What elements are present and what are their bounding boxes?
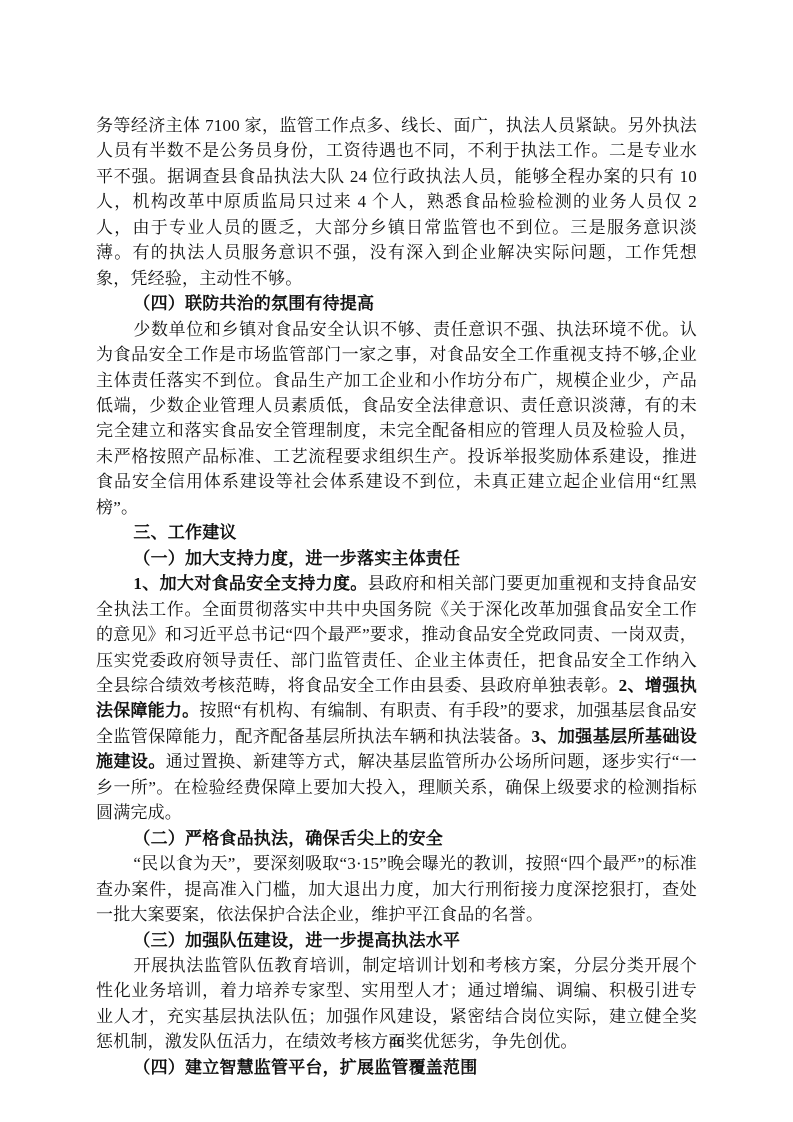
paragraph-suggestion-2: “民以食为天”，要深刻吸取“3·15”晚会曝光的教训，按照“四个最严”的标准查办…	[96, 851, 697, 927]
paragraph-joint-governance: 少数单位和乡镇对食品安全认识不够、责任意识不强、执法环境不优。认为食品安全工作是…	[96, 317, 697, 521]
bold-text-run: 1、加大对食品安全支持力度。	[133, 574, 367, 593]
bold-text-run: （一）加大支持力度，进一步落实主体责任	[133, 549, 460, 568]
bold-text-run: （二）严格食品执法，确保舌尖上的安全	[133, 829, 443, 848]
bold-text-run: （四）建立智慧监管平台，扩展监管覆盖范围	[133, 1058, 477, 1077]
document-body: 务等经济主体 7100 家，监管工作点多、线长、面广，执法人员紧缺。另外执法人员…	[96, 113, 697, 1080]
document-page: 务等经济主体 7100 家，监管工作点多、线长、面广，执法人员紧缺。另外执法人员…	[0, 0, 793, 1122]
heading-suggestion-1: （一）加大支持力度，进一步落实主体责任	[96, 546, 697, 571]
bold-text-run: （三）加强队伍建设，进一步提高执法水平	[133, 931, 460, 950]
text-run: 务等经济主体 7100 家，监管工作点多、线长、面广，执法人员紧缺。另外执法人员…	[96, 116, 697, 288]
bold-text-run: （四）联防共治的氛围有待提高	[133, 294, 374, 313]
heading-chapter-3: 三、工作建议	[96, 520, 697, 545]
paragraph-suggestion-1: 1、加大对食品安全支持力度。县政府和相关部门要更加重视和支持食品安全执法工作。全…	[96, 571, 697, 826]
heading-section-4-problems: （四）联防共治的氛围有待提高	[96, 291, 697, 316]
text-run: 少数单位和乡镇对食品安全认识不够、责任意识不强、执法环境不优。认为食品安全工作是…	[96, 320, 697, 517]
page-number: 46	[389, 1034, 403, 1049]
bold-text-run: 三、工作建议	[133, 523, 236, 542]
paragraph-continuation: 务等经济主体 7100 家，监管工作点多、线长、面广，执法人员紧缺。另外执法人员…	[96, 113, 697, 291]
text-run: “民以食为天”，要深刻吸取“3·15”晚会曝光的教训，按照“四个最严”的标准查办…	[96, 854, 697, 924]
text-run: 通过置换、新建等方式，解决基层监管所办公场所问题，逐步实行“一乡一所”。在检验经…	[96, 752, 697, 822]
page-footer: 46	[0, 1034, 793, 1049]
heading-suggestion-4: （四）建立智慧监管平台，扩展监管覆盖范围	[96, 1055, 697, 1080]
heading-suggestion-3: （三）加强队伍建设，进一步提高执法水平	[96, 928, 697, 953]
heading-suggestion-2: （二）严格食品执法，确保舌尖上的安全	[96, 826, 697, 851]
